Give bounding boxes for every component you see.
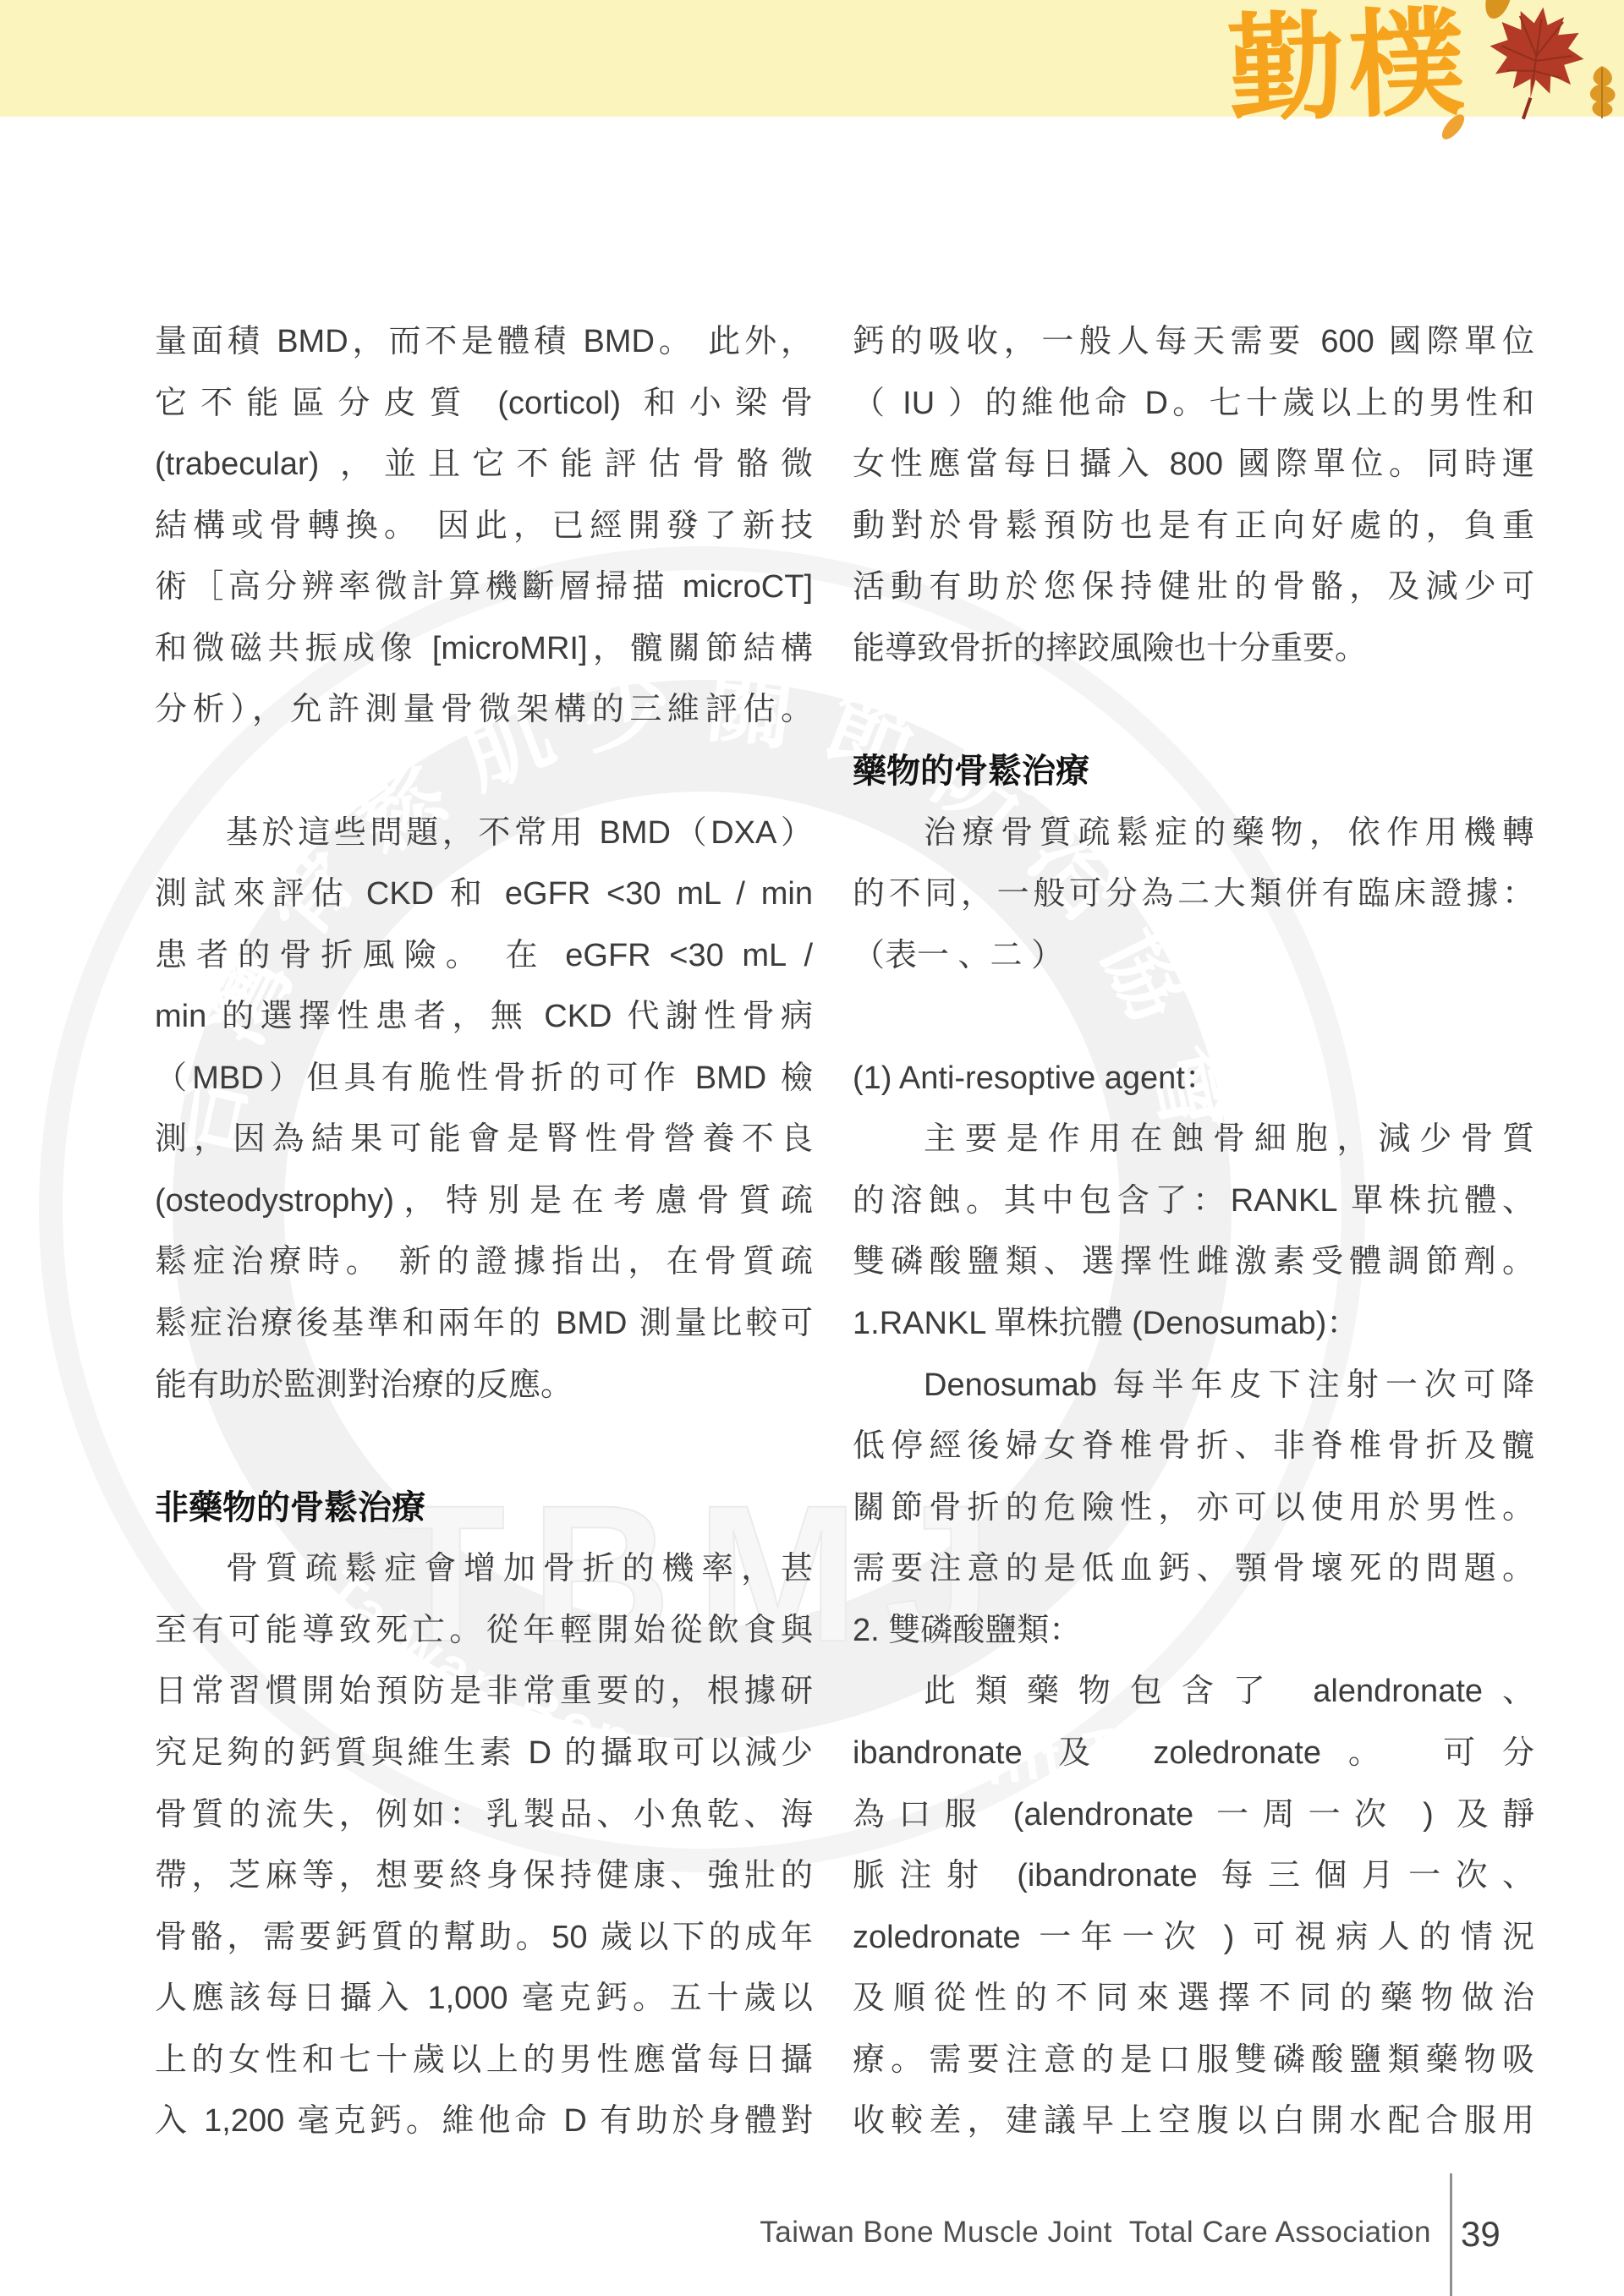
blank-line (853, 679, 1534, 741)
body-text-line: 究足夠的鈣質與維生素 D 的攝取可以減少 (155, 1723, 813, 1784)
body-text-line: 結構或骨轉換。 因此，已經開發了新技 (155, 496, 813, 557)
body-text-line: 的不同，一般可分為二大類併有臨床證據： (853, 863, 1534, 925)
magazine-page: 台灣骨鬆肌少關節防治協會 Taiwan Bone Muscle Joint To… (0, 0, 1624, 2296)
body-text-line: 動對於骨鬆預防也是有正向好處的，負重 (853, 496, 1534, 557)
body-text-line: 測試來評估 CKD 和 eGFR <30 mL / min (155, 863, 813, 925)
body-text-line: 關節骨折的危險性，亦可以使用於男性。 (853, 1477, 1534, 1539)
body-text-line: 為口服 (alendronate 一周一次 ) 及靜 (853, 1784, 1534, 1846)
body-text-line: 此類藥物包含了 alendronate、 (853, 1661, 1534, 1723)
footer-divider (1450, 2173, 1452, 2296)
body-text-line: 主要是作用在蝕骨細胞，減少骨質 (853, 1109, 1534, 1170)
body-text-line: (1) Anti-resoptive agent： (853, 1048, 1534, 1110)
body-text-line: 帶，芝麻等，想要終身保持健康、強壯的 (155, 1845, 813, 1907)
body-text-line: zoledronate 一年一次 ) 可視病人的情況 (853, 1907, 1534, 1969)
body-text-line: （表一 、二 ） (853, 925, 1534, 987)
body-text-line: 需要注意的是低血鈣、顎骨壞死的問題。 (853, 1538, 1534, 1600)
body-text-line: 它不能區分皮質 (corticol) 和小梁骨 (155, 373, 813, 435)
body-text-line: 及順從性的不同來選擇不同的藥物做治 (853, 1968, 1534, 2030)
body-text-line: 日常習慣開始預防是非常重要的，根據研 (155, 1661, 813, 1723)
article-column-right: 鈣的吸收，一般人每天需要 600 國際單位（ IU ）的維他命 D。七十歲以上的… (853, 311, 1534, 2152)
oak-leaf-icon (1590, 66, 1616, 118)
footer-organization-name: Taiwan Bone Muscle Joint Total Care Asso… (760, 2216, 1431, 2249)
body-text-line: 女性應當每日攝入 800 國際單位。同時運 (853, 434, 1534, 496)
body-text-line: Denosumab 每半年皮下注射一次可降 (853, 1355, 1534, 1417)
body-text-line: 鈣的吸收，一般人每天需要 600 國際單位 (853, 311, 1534, 373)
section-heading: 藥物的骨鬆治療 (853, 741, 1534, 803)
body-text-line: 量面積 BMD，而不是體積 BMD。 此外， (155, 311, 813, 373)
body-text-line: 1.RANKL 單株抗體 (Denosumab)： (853, 1293, 1534, 1355)
body-text-line: 骨質的流失，例如：乳製品、小魚乾、海 (155, 1784, 813, 1846)
body-text-line: 能導致骨折的摔跤風險也十分重要。 (853, 618, 1534, 680)
body-text-line: 鬆症治療時。 新的證據指出，在骨質疏 (155, 1231, 813, 1293)
small-leaf-icon (1480, 0, 1517, 22)
body-text-line: 的溶蝕。其中包含了：RANKL 單株抗體、 (853, 1170, 1534, 1232)
blank-line (155, 741, 813, 803)
body-text-line: 人應該每日攝入 1,000 毫克鈣。五十歲以 (155, 1968, 813, 2030)
body-text-line: 低停經後婦女脊椎骨折、非脊椎骨折及髖 (853, 1416, 1534, 1477)
body-text-line: （MBD）但具有脆性骨折的可作 BMD 檢 (155, 1048, 813, 1110)
body-text-line: 活動有助於您保持健壯的骨骼，及減少可 (853, 556, 1534, 618)
body-text-line: 入 1,200 毫克鈣。維他命 D 有助於身體對 (155, 2091, 813, 2152)
body-text-line: 和微磁共振成像 [microMRI]，髖關節結構 (155, 618, 813, 680)
body-text-line: min 的選擇性患者，無 CKD 代謝性骨病 (155, 986, 813, 1048)
body-text-line: 骨質疏鬆症會增加骨折的機率，甚 (155, 1538, 813, 1600)
body-text-line: 術［高分辨率微計算機斷層掃描 microCT] (155, 556, 813, 618)
body-text-line: 2. 雙磷酸鹽類： (853, 1600, 1534, 1662)
body-text-line: 測，因為結果可能會是腎性骨營養不良 (155, 1109, 813, 1170)
body-text-line: （ IU ）的維他命 D。七十歲以上的男性和 (853, 373, 1534, 435)
body-text-line: 骨骼，需要鈣質的幫助。50 歲以下的成年 (155, 1907, 813, 1969)
body-text-line: 患者的骨折風險。 在 eGFR <30 mL / (155, 925, 813, 987)
body-text-line: 上的女性和七十歲以上的男性應當每日攝 (155, 2030, 813, 2091)
article-column-left: 量面積 BMD，而不是體積 BMD。 此外，它不能區分皮質 (corticol)… (155, 311, 813, 2152)
body-text-line: 至有可能導致死亡。從年輕開始從飲食與 (155, 1600, 813, 1662)
body-text-line: 雙磷酸鹽類、選擇性雌激素受體調節劑。 (853, 1231, 1534, 1293)
body-text-line: 分析），允許測量骨微架構的三維評估。 (155, 679, 813, 741)
body-text-line: 療。需要注意的是口服雙磷酸鹽類藥物吸 (853, 2030, 1534, 2091)
petal-icon (1438, 111, 1468, 143)
body-text-line: (osteodystrophy)，特別是在考慮骨質疏 (155, 1170, 813, 1232)
body-text-line: 基於這些問題，不常用 BMD（DXA） (155, 803, 813, 864)
body-text-line: 脈注射 (ibandronate 每三個月一次、 (853, 1845, 1534, 1907)
section-heading: 非藥物的骨鬆治療 (155, 1477, 813, 1539)
page-number: 39 (1461, 2214, 1501, 2255)
autumn-leaves-decoration (1438, 0, 1624, 178)
body-text-line: 能有助於監測對治療的反應。 (155, 1355, 813, 1417)
blank-line (853, 986, 1534, 1048)
body-text-line: 鬆症治療後基準和兩年的 BMD 測量比較可 (155, 1293, 813, 1355)
body-text-line: ibandronate 及 zoledronate。 可分 (853, 1723, 1534, 1784)
body-text-line: 收較差，建議早上空腹以白開水配合服用 (853, 2091, 1534, 2152)
body-text-line: (trabecular) ，並且它不能評估骨骼微 (155, 434, 813, 496)
body-text-line: 治療骨質疏鬆症的藥物，依作用機轉 (853, 803, 1534, 864)
brand-logo-text: 勤樸 (1226, 3, 1471, 134)
maple-leaf-icon (1480, 1, 1590, 126)
blank-line (155, 1416, 813, 1477)
